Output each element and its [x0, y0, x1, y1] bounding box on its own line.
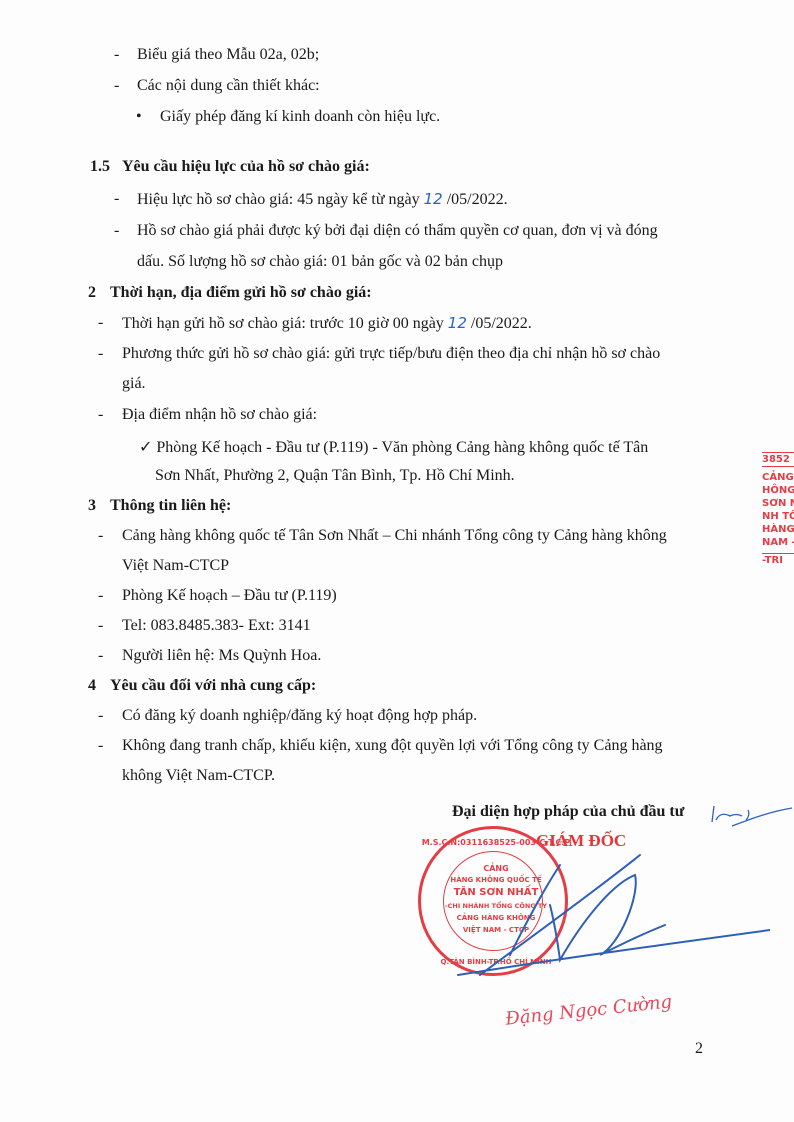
check-item: ✓ Phòng Kế hoạch - Đầu tư (P.119) - Văn … — [139, 437, 648, 457]
list-item: Hồ sơ chào giá phải được ký bởi đại diện… — [137, 222, 658, 240]
list-item: Biểu giá theo Mẫu 02a, 02b; — [137, 46, 319, 64]
list-item: Tel: 083.8485.383- Ext: 3141 — [122, 617, 311, 635]
list-item: Người liên hệ: Ms Quỳnh Hoa. — [122, 647, 321, 665]
bullet-dash: - — [114, 77, 119, 95]
bullet-dash: - — [98, 587, 103, 605]
bullet-dash: - — [98, 527, 103, 545]
section-number: 2 — [88, 284, 96, 302]
bullet-dash: - — [98, 345, 103, 363]
list-item: Phương thức gửi hồ sơ chào giá: gửi trực… — [122, 345, 660, 363]
check-item-continuation: Sơn Nhất, Phường 2, Quận Tân Bình, Tp. H… — [155, 467, 515, 485]
signature-heading: Đại diện hợp pháp của chủ đầu tư — [452, 803, 684, 821]
list-item: Không đang tranh chấp, khiếu kiện, xung … — [122, 737, 663, 755]
list-item: Phòng Kế hoạch – Đầu tư (P.119) — [122, 587, 337, 605]
bullet-dash: - — [114, 222, 119, 240]
list-item-continuation: dấu. Số lượng hồ sơ chào giá: 01 bản gốc… — [137, 253, 503, 271]
list-item: Cảng hàng không quốc tế Tân Sơn Nhất – C… — [122, 527, 667, 545]
list-item: Hiệu lực hồ sơ chào giá: 45 ngày kể từ n… — [137, 190, 508, 209]
list-item: Địa điểm nhận hồ sơ chào giá: — [122, 406, 317, 424]
signer-name: Đặng Ngọc Cường — [504, 991, 673, 1029]
bullet-dot: • — [136, 108, 142, 126]
bullet-dash: - — [98, 406, 103, 424]
item-text: Thời hạn gửi hồ sơ chào giá: trước 10 gi… — [122, 315, 444, 332]
section-title: Thời hạn, địa điểm gửi hồ sơ chào giá: — [110, 284, 372, 302]
handwritten-day: 12 — [424, 190, 443, 208]
section-number: 3 — [88, 497, 96, 515]
bullet-dash: - — [98, 314, 103, 332]
list-item: Có đăng ký doanh nghiệp/đăng ký hoạt độn… — [122, 707, 477, 725]
section-title: Thông tin liên hệ: — [110, 497, 231, 515]
item-text: /05/2022. — [471, 315, 532, 332]
signature-icon — [440, 835, 770, 980]
item-text: /05/2022. — [447, 191, 508, 208]
page-number: 2 — [695, 1040, 703, 1058]
section-title: Yêu cầu đối với nhà cung cấp: — [110, 677, 316, 695]
list-item-continuation: Việt Nam-CTCP — [122, 557, 229, 575]
list-item-continuation: không Việt Nam-CTCP. — [122, 767, 275, 785]
list-item: Giấy phép đăng kí kinh doanh còn hiệu lự… — [160, 108, 440, 126]
bullet-dash: - — [98, 737, 103, 755]
bullet-dash: - — [114, 46, 119, 64]
section-number: 4 — [88, 677, 96, 695]
handwritten-day: 12 — [448, 314, 467, 332]
bullet-dash: - — [98, 707, 103, 725]
edge-stamp-fragment: 3852 CẢNG HÔNG QU SƠN N NH TỔN HÀNG I NA… — [762, 452, 794, 582]
section-title: Yêu cầu hiệu lực của hồ sơ chào giá: — [122, 158, 370, 176]
list-item: Các nội dung cần thiết khác: — [137, 77, 320, 95]
initials-icon — [708, 800, 794, 830]
bullet-dash: - — [98, 647, 103, 665]
section-number: 1.5 — [90, 158, 110, 176]
item-text: Hiệu lực hồ sơ chào giá: 45 ngày kể từ n… — [137, 191, 420, 208]
list-item: Thời hạn gửi hồ sơ chào giá: trước 10 gi… — [122, 314, 532, 333]
bullet-dash: - — [98, 617, 103, 635]
list-item-continuation: giá. — [122, 375, 146, 393]
bullet-dash: - — [114, 190, 119, 208]
